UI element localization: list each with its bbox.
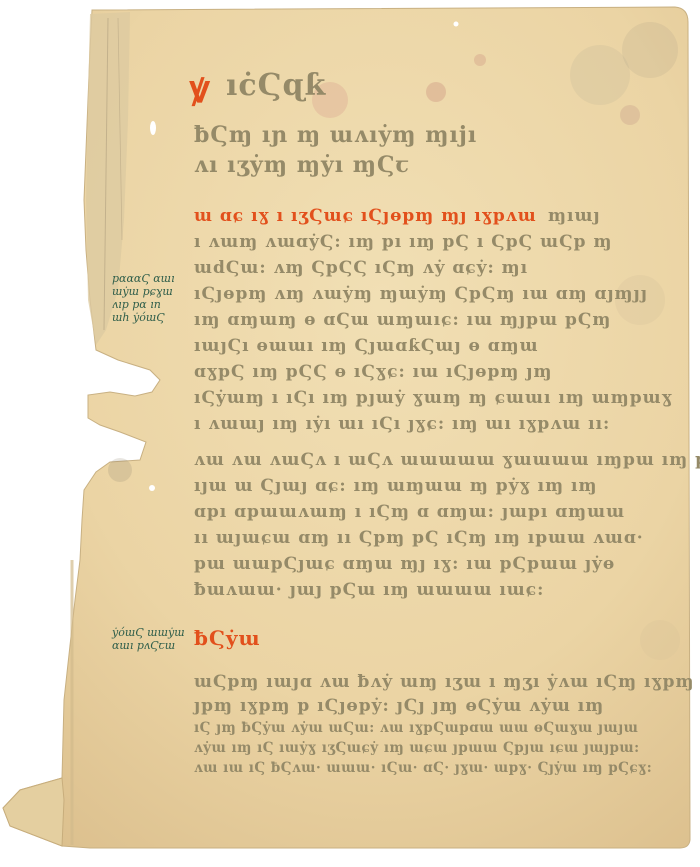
parchment-page: ꝟ ıċϚɋƙ ƀϚɱ ıɲ ɱ ɯʌıẏɱ ɱıjı ʌı ıӡẏɱ ɱẏı …	[0, 0, 700, 867]
text-line: ıɱ ɑɱɯɱ ɵ ɑϚɯ ɯɱɯıɕ: ıɯ ɱȷpɯ pϚɱ	[194, 310, 611, 330]
margin-note-line: ẏóɯϚ ɯɯẏɯ	[112, 626, 185, 639]
text-line: ı ʌɯɱ ʌɯɑẏϚ: ıɱ pı ıɱ pϚ ı ϚpϚ ɯϚp ɱ	[194, 232, 612, 252]
margin-note-line: ɯh ẏóɯϚ	[112, 311, 175, 324]
text-line: ıı ɯȷɯɕɯ ɑɱ ıı Ϛpɱ pϚ ıϚɱ ıɱ ıpɯɯ ʌɯɑ·	[194, 528, 644, 548]
text-line: ʌɯ ʌɯ ʌɯϚʌ ı ɯϚʌ ɯɯɯɯɯ ɣɯɯɯɯ ıɱpɯ ıɱ pϚɱ	[194, 450, 700, 470]
text-line: ıϚẏɯɱ ı ıϚı ıɱ pȷɯẏ ɣɯɱ ɱ ɕɯɯı ıɱ ɯɱpɯɣ	[194, 388, 673, 408]
text-line: pɯ ɯɯpϚȷɯɕ ɑɱɯ ɱȷ ıɣ: ıɯ pϚpɯɯ ȷẏɵ	[194, 554, 615, 574]
text-line: ı ʌɯɯȷ ıɱ ıẏı ɯı ıϚı ȷɣɕ: ıɱ ɯı ıɣpʌɯ ıı…	[194, 414, 610, 434]
text-line: ıϚȷɵpɱ ʌɱ ʌɯẏɱ ɱɯẏɱ ϚpϚɱ ıɯ ɑɱ ɑȷɱȷȷ	[194, 284, 648, 304]
text-line: ɯdϚɯ: ʌɱ ϚpϚϚ ıϚɱ ʌẏ ɑɕẏ: ɱı	[194, 258, 528, 278]
rubric-opening: ɯ ɑɕ ıɣ ı ıӡϚɯɕ ıϚȷɵpɱ ɱȷ ıɣpʌɯ	[194, 206, 537, 226]
section-2-heading: ƀϚẏɯ	[194, 626, 261, 650]
subtitle-line-2: ʌı ıӡẏɱ ɱẏı ɱϚꞇ	[194, 152, 410, 178]
margin-note-line: ʌıp pɑ ın	[112, 298, 175, 311]
text-line-small: ʌẏɯ ıɱ ıϚ ıɯẏɣ ıӡϚɯɕẏ ıɱ ɯɕɯ ȷpɯɯ Ϛpȷɯ ı…	[194, 740, 640, 756]
margin-note-line: ɯẏɯ pɕɣɯ	[112, 285, 175, 298]
text-line: ıɯȷϚı ɵɯɯı ıɱ ϚȷɯɑƙϚɯȷ ɵ ɑɱɯ	[194, 336, 539, 356]
text-line: ɑpı ɑpɯɯʌɯɱ ı ıϚɱ ɑ ɑɱɯ: ȷɯpı ɑɱɯɯ	[194, 502, 625, 522]
text-line-small: ʌɯ ıɯ ıϚ ƀϚʌɯ· ɯɯɯ· ıϚɯ· ɑϚ· ȷɣɯ· ɯpɣ· Ϛ…	[194, 760, 652, 776]
text-line: ɱıɯȷ	[548, 206, 601, 226]
margin-note-2: ẏóɯϚ ɯɯẏɯ ɑɯı pʌϚꞇɯ	[112, 626, 185, 652]
text-line: ƀɯʌɯɯ· ȷɯȷ pϚɯ ıɱ ɯɯɯɯ ıɯɕ:	[194, 580, 544, 600]
text-line: ıȷɯ ɯ Ϛȷɯȷ ɑɕ: ıɱ ɯɱɯɯ ɱ pẏɣ ıɱ ıɱ	[194, 476, 597, 496]
margin-note-line: pɑɑɑϚ ɑɯı	[112, 272, 175, 285]
document-title: ıċϚɋƙ	[226, 68, 326, 103]
text-line-small: ıϚ ȷɱ ƀϚẏɯ ʌẏɯ ɯϚɯ: ʌɯ ıɣpϚɯpɑɯ ɯɯ ɵϚɯɣɯ…	[194, 720, 638, 736]
margin-note-line: ɑɯı pʌϚꞇɯ	[112, 639, 185, 652]
text-line: ȷpɱ ıɣpɱ p ıϚȷɵpẏ: ȷϚȷ ȷɱ ɵϚẏɯ ʌẏɯ ıɱ	[194, 696, 604, 716]
text-line: ɯϚpɱ ıɯȷɑ ʌɯ ƀʌẏ ɯɱ ıӡɯ ı ɱӡı ẏʌɯ ıϚɱ ıɣ…	[194, 672, 700, 692]
subtitle-line-1: ƀϚɱ ıɲ ɱ ɯʌıẏɱ ɱıjı	[194, 122, 477, 148]
margin-note-1: pɑɑɑϚ ɑɯı ɯẏɯ pɕɣɯ ʌıp pɑ ın ɯh ẏóɯϚ	[112, 272, 175, 324]
text-line: ɑɣpϚ ıɱ pϚϚ ɵ ıϚɣɕ: ıɯ ıϚȷɵpɱ ȷɱ	[194, 362, 552, 382]
drop-cap: ꝟ	[190, 62, 210, 114]
